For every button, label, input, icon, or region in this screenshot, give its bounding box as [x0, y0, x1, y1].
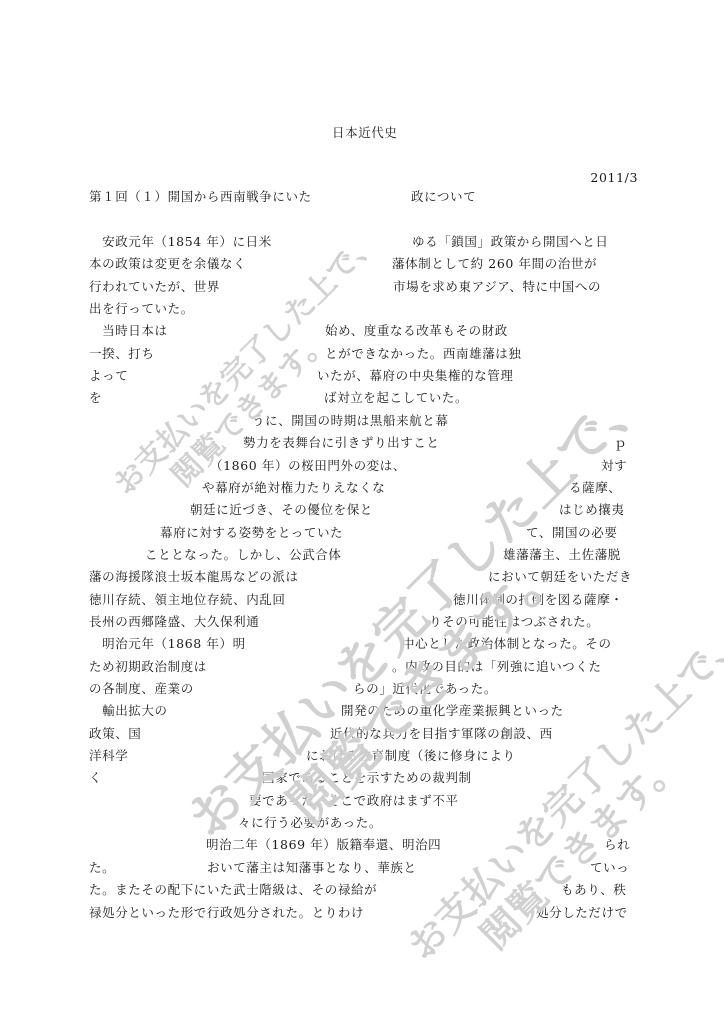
text-line-left: 行われていたが、世界: [89, 279, 220, 295]
text-line-left: た。またその配下にいた武士階級は、その禄給が: [89, 882, 377, 898]
text-line-left: 藩の海援隊浪士坂本龍馬などの派は: [89, 569, 299, 585]
text-line-left: く: [89, 770, 102, 786]
text-line-fragment: うに、開国の時期は黒船来航と幕: [252, 413, 449, 429]
text-line-fragment: 幕府に対する姿勢をとっていた: [160, 525, 343, 541]
text-line-fragment: こととなった。しかし、公武合体: [145, 547, 342, 563]
text-line-fragment: 朝廷に近づき、その優位を保と: [190, 502, 373, 518]
text-line-left: 安政元年（1854 年）に日米: [89, 234, 272, 250]
text-line-fragment: （1860 年）の桜田門外の変は、: [210, 458, 406, 474]
text-line-left: の各制度、産業の: [89, 681, 194, 697]
document-date: 2011/3: [590, 170, 638, 186]
text-line-left: 出を行っていた。: [89, 301, 194, 317]
text-line-left: 禄処分といった形で行政処分された。とりわけ: [89, 905, 364, 921]
text-line-fragment: や幕府が絶対権力たりえなくな: [202, 480, 385, 496]
text-line-left: 政策、国: [89, 726, 141, 742]
text-line-left: 一揆、打ち: [89, 346, 155, 362]
text-line-left: 本の政策は変更を余儀なく: [89, 256, 246, 272]
text-line-fragment: いたが、幕府の中央集権的な管理: [317, 368, 514, 384]
text-line-left: よって: [89, 368, 128, 384]
text-line-fragment: とができなかった。西南雄藩は独: [325, 346, 522, 362]
text-line-fragment: 市場を求め東アジア、特に中国への: [393, 279, 601, 295]
section-heading-left: 第１回（１）開国から西南戦争にいた: [89, 189, 312, 205]
document-page: 日本近代史 2011/3 第１回（１）開国から西南戦争にいた 政について 安政元…: [0, 0, 724, 1024]
text-line-left: 明治元年（1868 年）明: [89, 636, 246, 652]
text-line-left: た。: [89, 860, 115, 876]
text-line-fragment: 勢力を表舞台に引きずり出すこと: [243, 435, 440, 451]
text-line-left: 洋科学: [89, 748, 128, 764]
text-line-left: ため初期政治制度は: [89, 659, 207, 675]
text-line-left: を: [89, 390, 102, 406]
text-line-left: 輸出拡大の: [89, 703, 168, 719]
text-line-left: 徳川存続、領主地位存続、内乱回: [89, 592, 286, 608]
text-line-left: 長州の西郷隆盛、大久保利通: [89, 614, 259, 630]
section-heading-right: 政について: [411, 189, 476, 205]
text-line-fragment: 藩体制として約 260 年間の治世が: [392, 256, 597, 272]
text-line-fragment: ゆる「鎖国」政策から開国へと日: [412, 234, 609, 250]
document-title: 日本近代史: [332, 125, 398, 141]
text-line-fragment: ば対立を起こしていた。: [324, 390, 468, 406]
text-line-left: 当時日本は: [89, 323, 168, 339]
